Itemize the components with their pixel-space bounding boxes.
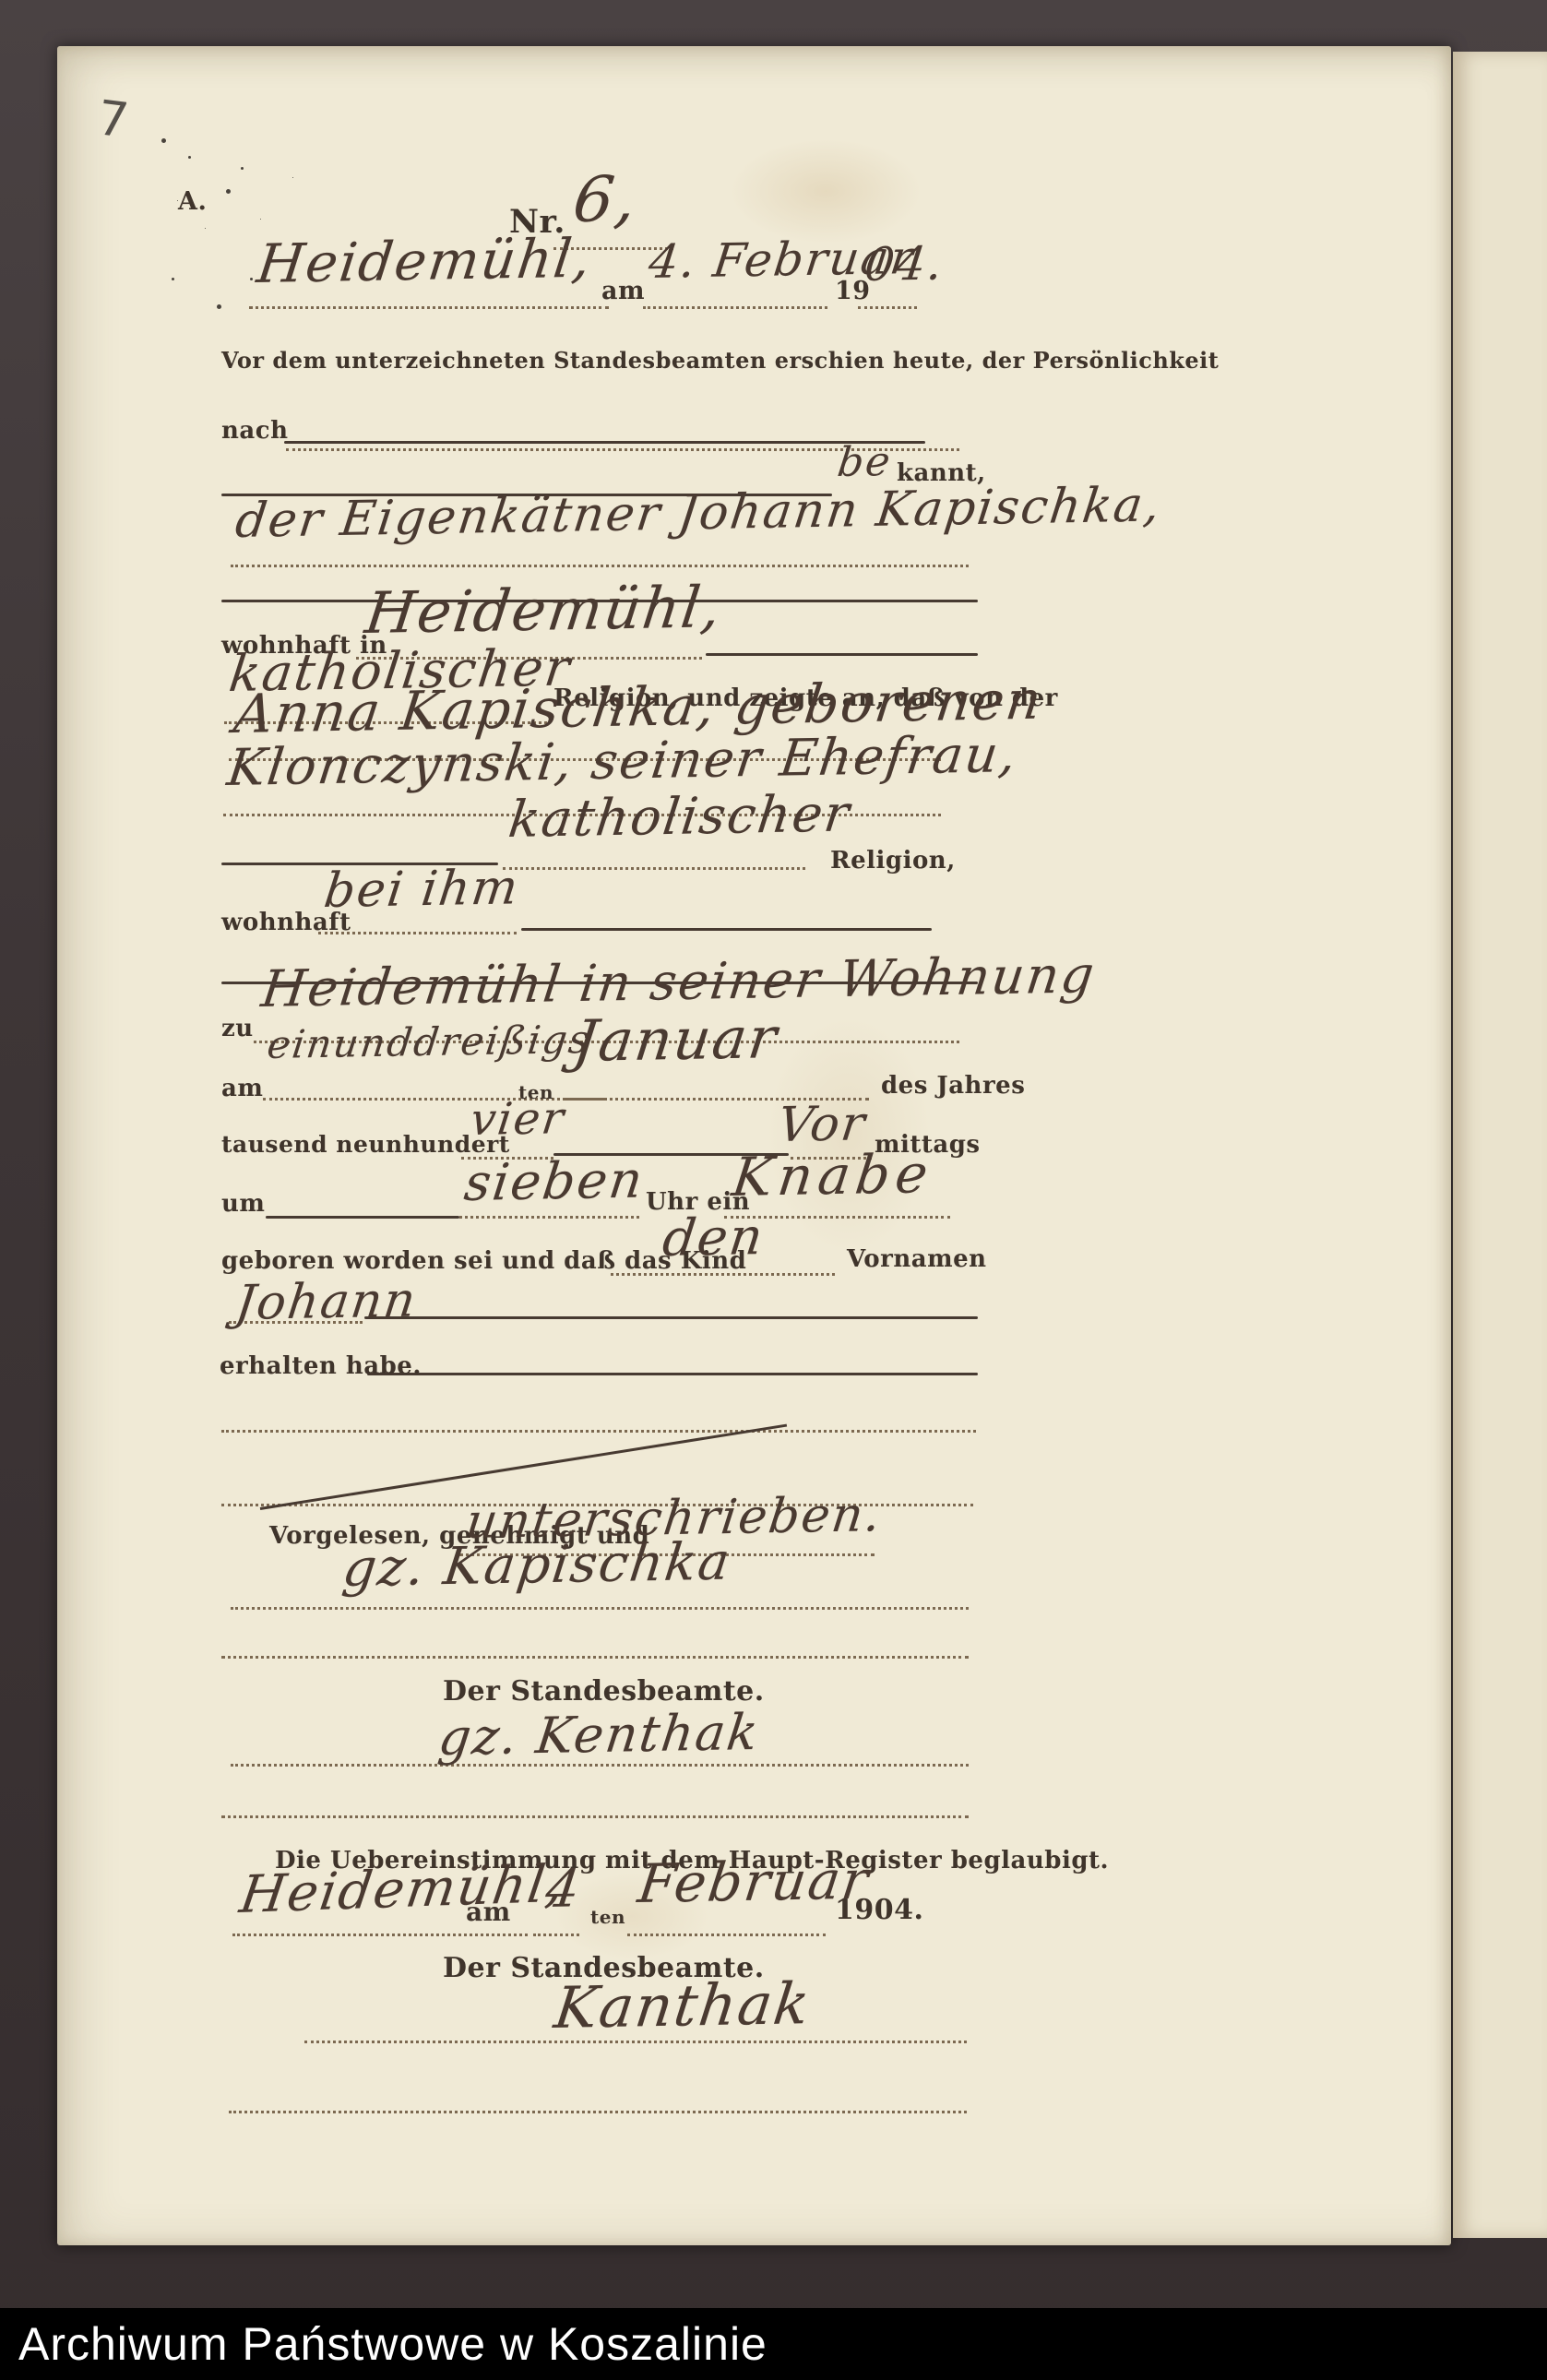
mother-religion: katholischer: [506, 784, 854, 849]
erhalten-label: erhalten habe.: [220, 1352, 422, 1380]
certification-ten-label: ten: [590, 1906, 625, 1928]
registry-number-value: 6,: [569, 163, 642, 237]
paper-stain: [729, 138, 922, 244]
form-dotted-line: [533, 1934, 579, 1936]
form-rule: [521, 928, 932, 931]
birth-day-entry: einunddreißigs: [265, 1017, 593, 1067]
certification-place: Heidemühl,: [236, 1854, 569, 1925]
record-am-label: am: [601, 277, 645, 305]
birth-am-label: am: [221, 1075, 263, 1102]
record-place: Heidemühl,: [254, 227, 596, 295]
declarant-residence: Heidemühl,: [362, 573, 726, 647]
form-dotted-line: [643, 306, 827, 309]
ink-speckles: [161, 138, 166, 143]
article-entry: den: [660, 1207, 768, 1267]
form-dotted-line: [503, 867, 805, 870]
form-dotted-line: [858, 306, 917, 309]
form-dotted-line: [304, 2041, 967, 2043]
archive-caption-bar: Archiwum Państwowe w Koszalinie: [0, 2308, 1547, 2380]
certification-month: Februar: [635, 1849, 874, 1915]
mother-residence: bei ihm: [321, 860, 523, 919]
certification-signature: Kanthak: [551, 1969, 815, 2041]
year-prefix-label: tausend neunhundert: [221, 1131, 510, 1158]
form-rule: [266, 1216, 459, 1219]
record-year-written: 04.: [862, 237, 947, 292]
birth-hour-entry: sieben: [461, 1150, 648, 1212]
um-label: um: [221, 1190, 265, 1218]
form-dotted-line: [221, 1430, 976, 1433]
form-rule: [706, 653, 978, 656]
birth-month-entry: Januar: [570, 1004, 782, 1075]
scanned-book-page: 7 A. Nr. 6, Heidemühl, am 4. Februar 19 …: [0, 0, 1547, 2380]
child-sex-entry: Knabe: [729, 1142, 937, 1208]
form-dotted-line: [459, 1216, 639, 1219]
intro-line: Vor dem unterzeichneten Standesbeamten e…: [221, 347, 1219, 374]
form-rule: [367, 1373, 978, 1375]
form-dotted-line: [221, 1815, 969, 1818]
form-dotted-line: [231, 565, 969, 567]
archive-name: Archiwum Państwowe w Koszalinie: [18, 2317, 768, 2371]
registrar-title: Der Standesbeamte.: [443, 1675, 765, 1708]
adjacent-page-edge: [1453, 52, 1547, 2238]
form-dotted-line: [232, 1934, 528, 1936]
known-handwritten: be: [835, 438, 895, 486]
registrar-signature: gz. Kenthak: [435, 1703, 763, 1767]
certification-day: 4: [542, 1859, 585, 1920]
zu-label: zu: [221, 1015, 254, 1042]
form-section-letter: A.: [178, 187, 207, 216]
form-rule: [284, 441, 925, 444]
form-dotted-line: [231, 1764, 969, 1767]
form-dotted-line: [231, 1607, 969, 1610]
birth-year-entry: vier: [468, 1092, 568, 1146]
declarant-signature: gz. Kapischka: [339, 1532, 734, 1599]
form-dotted-line: [249, 306, 609, 309]
form-dotted-line: [627, 1934, 826, 1936]
nach-label: nach: [221, 417, 288, 445]
form-dotted-line: [229, 2111, 967, 2113]
form-dotted-line: [221, 1656, 969, 1659]
vornamen-label: Vornamen: [847, 1245, 987, 1273]
des-jahres-label: des Jahres: [881, 1072, 1025, 1100]
given-name-entry: Johann: [232, 1273, 420, 1331]
religion-label: Religion,: [830, 847, 956, 875]
form-rule: [364, 1316, 978, 1319]
